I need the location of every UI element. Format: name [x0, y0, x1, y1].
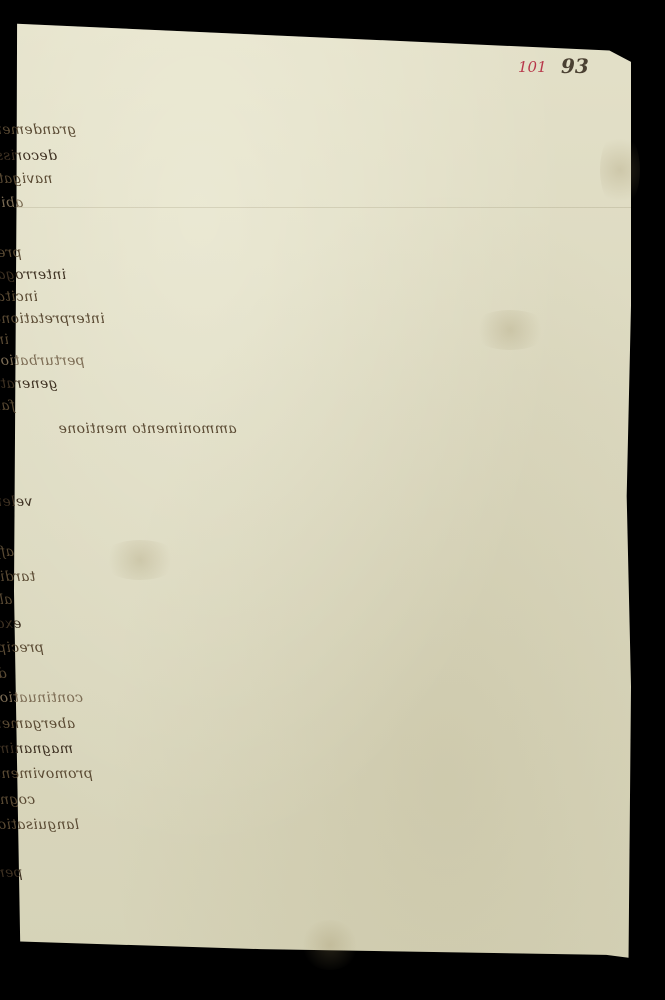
- paper-stain: [100, 540, 180, 580]
- manuscript-word: navigatione: [0, 171, 52, 187]
- manuscript-word: fabricare: [0, 398, 16, 414]
- manuscript-word: decorissima: [0, 148, 56, 164]
- manuscript-word: magnanimita: [0, 741, 72, 757]
- paper-stain: [300, 920, 360, 970]
- folio-number-black: 93: [561, 54, 589, 78]
- manuscript-word: ammonimento mentione: [58, 421, 236, 437]
- manuscript-word: languisatione: [0, 817, 80, 833]
- manuscript-word: interrogante: [0, 267, 66, 283]
- manuscript-word: afflitione: [0, 544, 14, 560]
- fold-crease: [14, 207, 631, 208]
- manuscript-word: invitione: [0, 332, 8, 348]
- manuscript-word: perturbatione: [0, 353, 84, 369]
- manuscript-word: pervenire: [0, 865, 22, 881]
- manuscript-word: abitatrice: [0, 195, 24, 211]
- manuscript-word: grandemente: [0, 122, 76, 138]
- manuscript-word: interpretatione: [0, 311, 104, 327]
- manuscript-word: promovimento: [0, 766, 92, 782]
- manuscript-word: cognitione: [0, 792, 36, 808]
- folio-number-red: 101: [518, 58, 547, 76]
- manuscript-word: generatione: [0, 376, 58, 392]
- manuscript-word: prestezza: [0, 245, 22, 261]
- manuscript-word: dectione: [0, 666, 6, 682]
- manuscript-word: velemente: [0, 494, 32, 510]
- paper-stain: [600, 130, 640, 210]
- manuscript-word: incitatione: [0, 289, 38, 305]
- manuscript-word: abergamento: [0, 716, 76, 732]
- manuscript-word: altissimo: [0, 592, 12, 608]
- paper-stain: [470, 310, 550, 350]
- manuscript-word: precipitare: [0, 640, 44, 656]
- manuscript-word: continuatione: [0, 690, 84, 706]
- manuscript-page: [14, 20, 631, 972]
- manuscript-word: excelente: [0, 616, 22, 632]
- manuscript-word: tardissimo: [0, 569, 36, 585]
